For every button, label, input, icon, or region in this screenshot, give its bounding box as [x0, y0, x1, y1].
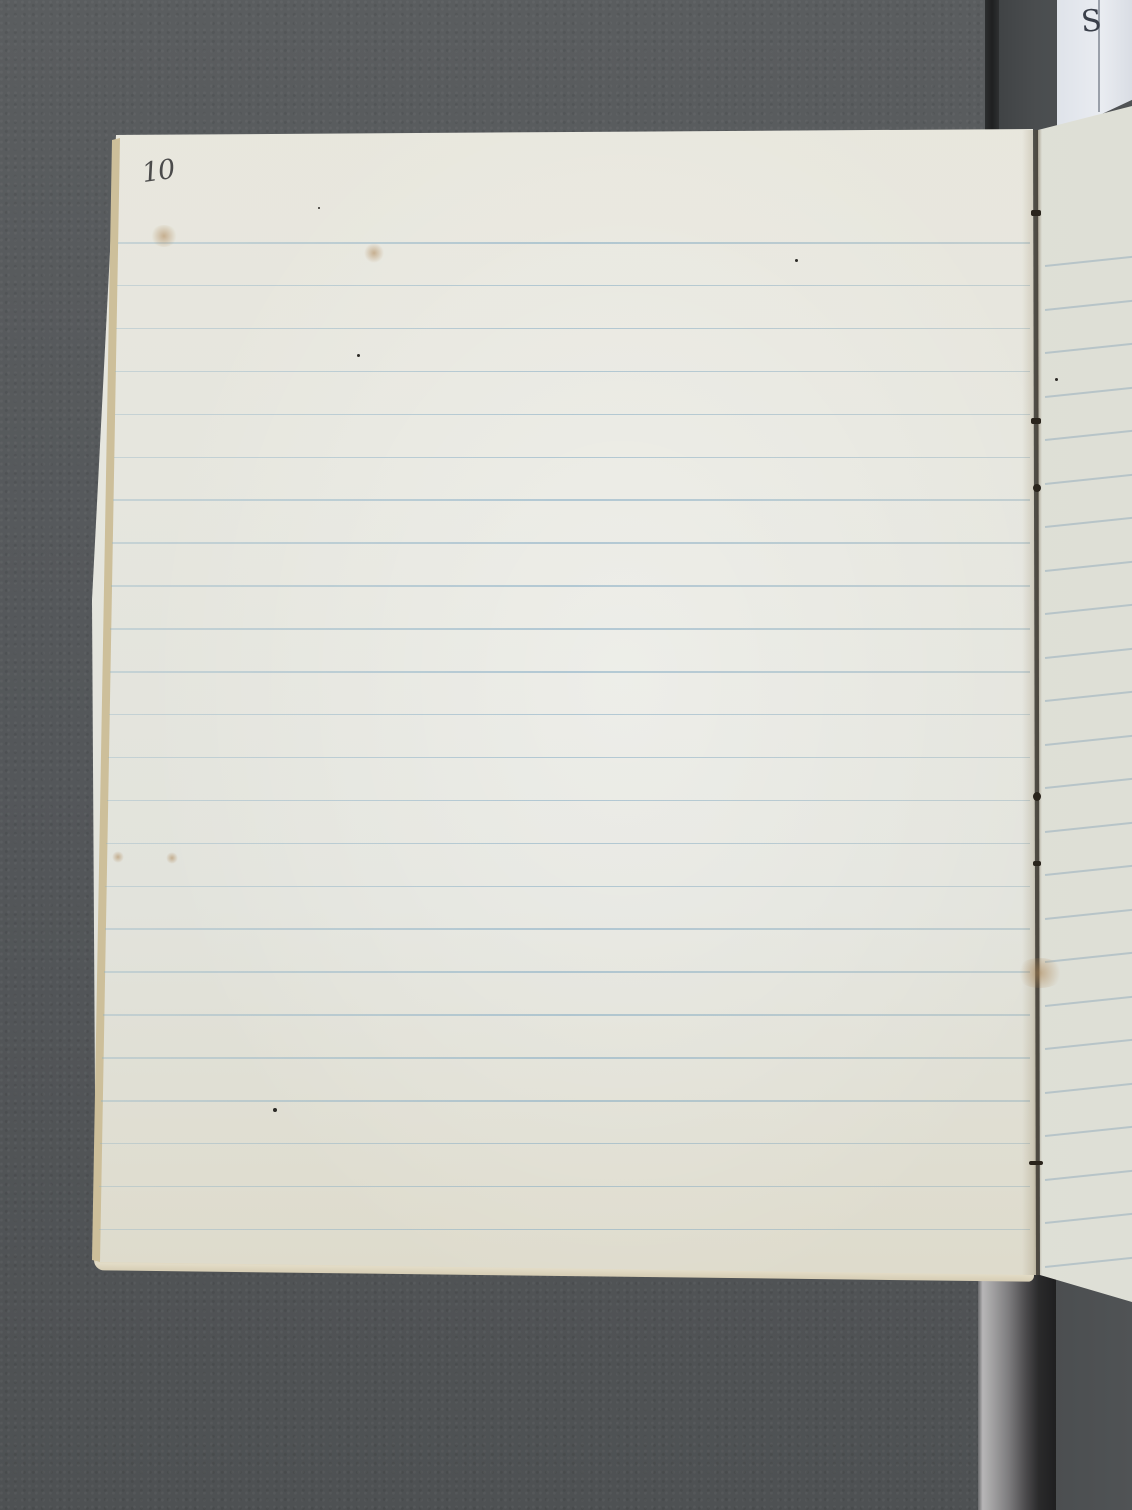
ruled-line: [111, 585, 1030, 587]
binding-stitch: [1033, 861, 1041, 866]
ruled-line: [100, 1143, 1030, 1145]
ink-speck: [318, 207, 320, 209]
foxing-stain: [364, 243, 384, 263]
ruled-line: [109, 714, 1030, 716]
ink-speck: [357, 354, 360, 357]
ruled-line: [116, 328, 1030, 330]
foam-seam: [985, 0, 999, 140]
ruled-line: [110, 671, 1030, 673]
ruled-line: [103, 1014, 1030, 1016]
ruled-line: [115, 371, 1030, 373]
ruled-line: [107, 800, 1030, 802]
foxing-stain: [112, 851, 124, 863]
foxing-stain: [166, 852, 178, 864]
ruled-line: [99, 1186, 1030, 1188]
ruled-line: [105, 928, 1030, 930]
ruled-line: [101, 1100, 1030, 1102]
binding-stitch: [1033, 484, 1041, 492]
foxing-stain: [150, 225, 178, 247]
ruled-line: [118, 242, 1030, 244]
ruled-line: [117, 285, 1030, 287]
ruled-line: [99, 1229, 1030, 1231]
page-number: 10: [140, 154, 176, 189]
ruled-line: [104, 971, 1030, 973]
binding-stitch: [1031, 418, 1041, 424]
ruled-line: [113, 499, 1030, 501]
ruled-line: [105, 886, 1030, 888]
binding-stitch: [1029, 1161, 1043, 1165]
ink-speck: [273, 1108, 277, 1112]
ink-speck: [1055, 378, 1058, 381]
ruled-line: [106, 843, 1030, 845]
ruled-line: [112, 542, 1030, 544]
spine-gutter: [1022, 130, 1042, 1275]
paper-slip-mark: S: [1080, 3, 1103, 39]
ruled-line: [115, 414, 1030, 416]
ruled-line: [108, 757, 1030, 759]
support-rod: [978, 1275, 1056, 1510]
ruled-line: [114, 457, 1030, 459]
ruled-line: [102, 1057, 1030, 1059]
binding-stitch: [1033, 792, 1041, 801]
ruled-line: [110, 628, 1030, 630]
ink-speck: [795, 259, 798, 262]
binding-stitch: [1031, 210, 1041, 216]
foxing-stain: [1015, 958, 1065, 988]
